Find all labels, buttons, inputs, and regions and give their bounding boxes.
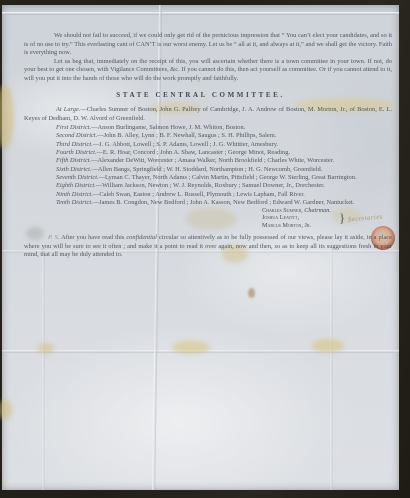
stain: [185, 208, 237, 230]
committee-list: At Large.—Charles Sumner of Boston, John…: [24, 106, 392, 207]
committee-district-row: Seventh District.—Lyman C. Thayer, North…: [56, 174, 392, 182]
signature-block: Charles Sumner, Chairman. Joshua Leavitt…: [262, 207, 331, 229]
district-names: —Anson Burlingame, Salmon Howe, J. M. Wh…: [91, 124, 245, 131]
district-label: Second District.: [56, 132, 97, 139]
chairman-title: Chairman.: [304, 207, 331, 214]
district-names: —E. R. Hoar, Concord ; John A. Shaw, Lan…: [96, 149, 290, 156]
district-names: —Alexander DeWitt, Worcester ; Amasa Wal…: [91, 157, 334, 164]
page-title: STATE CENTRAL COMMITTEE.: [2, 91, 399, 99]
district-names: —Charles Sumner of Boston, John G. Palfr…: [24, 106, 392, 122]
committee-district-row: Sixth District.—Allen Bangs, Springfield…: [56, 166, 392, 174]
postscript-text: P. S. After you have read this confident…: [24, 234, 392, 260]
letter-paper: We should not fail to succeed, if we cou…: [2, 5, 399, 490]
paragraph-town-committee: Let us beg that, immediately on the rece…: [24, 58, 392, 84]
district-label: At Large.: [56, 106, 80, 113]
committee-at-large: At Large.—Charles Sumner of Boston, John…: [24, 106, 392, 123]
district-label: Ninth District.: [56, 191, 93, 198]
paragraph-succeed: We should not fail to succeed, if we cou…: [24, 32, 392, 58]
secretary-signature: Joshua Leavitt,: [262, 214, 331, 221]
district-label: Fifth District.: [56, 157, 91, 164]
ink-speck: [248, 288, 255, 298]
postscript-confidential-word: confidential: [126, 234, 157, 241]
district-names: —Allen Bangs, Springfield ; W. H. Stodda…: [92, 166, 323, 173]
district-names: —Lyman C. Thayer, North Adams ; Calvin M…: [99, 174, 357, 181]
handwritten-secretaries-note: Secretaries: [348, 214, 383, 224]
postscript-segment: After you have read this: [59, 234, 126, 241]
district-label: Eighth District.: [56, 182, 96, 189]
stain: [38, 343, 54, 354]
committee-district-row: Third District.—J. G. Abbott, Lowell ; S…: [56, 141, 392, 149]
district-label: Seventh District.: [56, 174, 99, 181]
brace-glyph: }: [339, 214, 345, 221]
committee-district-row: Fourth District.—E. R. Hoar, Concord ; J…: [56, 149, 392, 157]
postscript-lead: P. S.: [48, 234, 59, 241]
district-label: Third District.: [56, 141, 93, 148]
district-names: —James B. Congdon, New Bedford ; John A.…: [93, 199, 355, 206]
chairman-signature: Charles Sumner, Chairman.: [262, 207, 331, 214]
district-label: Sixth District.: [56, 166, 92, 173]
scanned-document-background: We should not fail to succeed, if we cou…: [0, 0, 410, 498]
district-label: Tenth District.: [56, 199, 93, 206]
fold-crease-vertical-left: [42, 245, 45, 490]
district-label: Fourth District.: [56, 149, 96, 156]
opening-paragraphs: We should not fail to succeed, if we cou…: [24, 32, 392, 84]
postscript-paragraph: P. S. After you have read this confident…: [24, 234, 392, 260]
district-names: —J. G. Abbott, Lowell ; S. P. Adams, Low…: [93, 141, 278, 148]
fold-crease-vertical-right: [330, 245, 333, 490]
district-names: —William Jackson, Newton ; W. J. Reynold…: [96, 182, 325, 189]
committee-district-row: First District.—Anson Burlingame, Salmon…: [56, 124, 392, 132]
committee-district-row: Second District.—John B. Alley, Lynn ; B…: [56, 132, 392, 140]
committee-district-row: Eighth District.—William Jackson, Newton…: [56, 182, 392, 190]
stain: [312, 339, 344, 353]
district-names: —John B. Alley, Lynn ; B. F. Newhall, Sa…: [97, 132, 276, 139]
chairman-name: Charles Sumner,: [262, 207, 303, 214]
secretary-signature: Marcus Morton, Jr.: [262, 222, 331, 229]
stain: [0, 400, 12, 420]
district-names: —Caleb Swan, Easton ; Andrew L. Russell,…: [93, 191, 305, 198]
district-label: First District.: [56, 124, 91, 131]
committee-district-row: Tenth District.—James B. Congdon, New Be…: [56, 199, 392, 207]
stain: [172, 341, 210, 354]
committee-district-row: Ninth District.—Caleb Swan, Easton ; And…: [56, 191, 392, 199]
committee-district-row: Fifth District.—Alexander DeWitt, Worces…: [56, 157, 392, 165]
fold-crease-top: [2, 12, 399, 15]
